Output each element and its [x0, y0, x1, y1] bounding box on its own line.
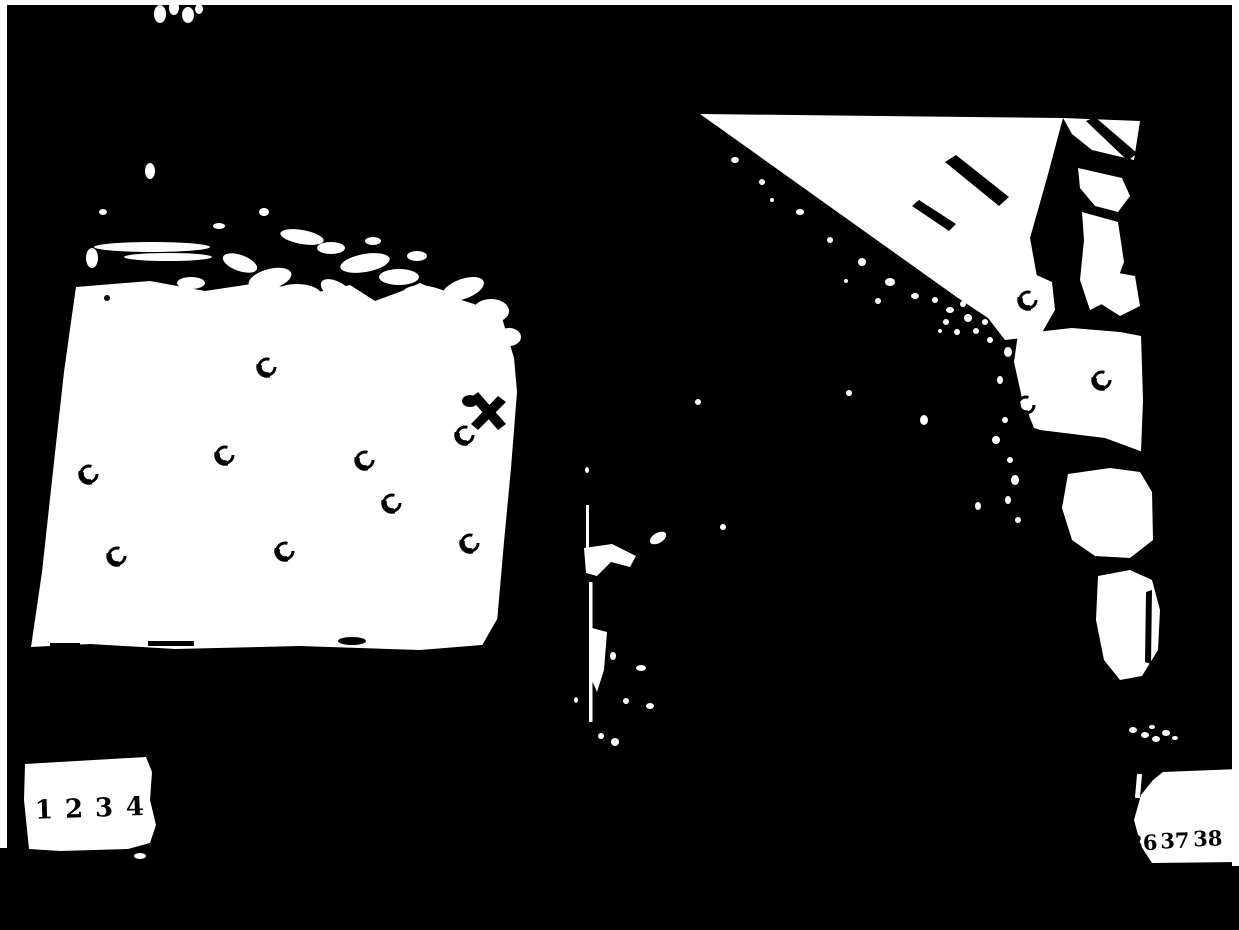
scale-number: 38 [1193, 825, 1223, 851]
binarized-photo: 1 2 3 4 36 37 38 [0, 0, 1239, 930]
scale-number: 3 [94, 793, 113, 824]
border-fade-bottom-left [0, 848, 7, 930]
scale-number: 2 [64, 794, 83, 825]
border-fade-bottom-right [1232, 866, 1239, 930]
scale-number: 1 [34, 795, 53, 826]
scale-number: 36 [1128, 830, 1158, 856]
scale-number: 37 [1160, 828, 1190, 854]
scale-number: 4 [125, 792, 144, 823]
left-specimen-panel [31, 281, 517, 650]
photo-page: 1 2 3 4 36 37 38 [0, 0, 1239, 930]
scale-card-left: 1 2 3 4 [24, 757, 156, 859]
